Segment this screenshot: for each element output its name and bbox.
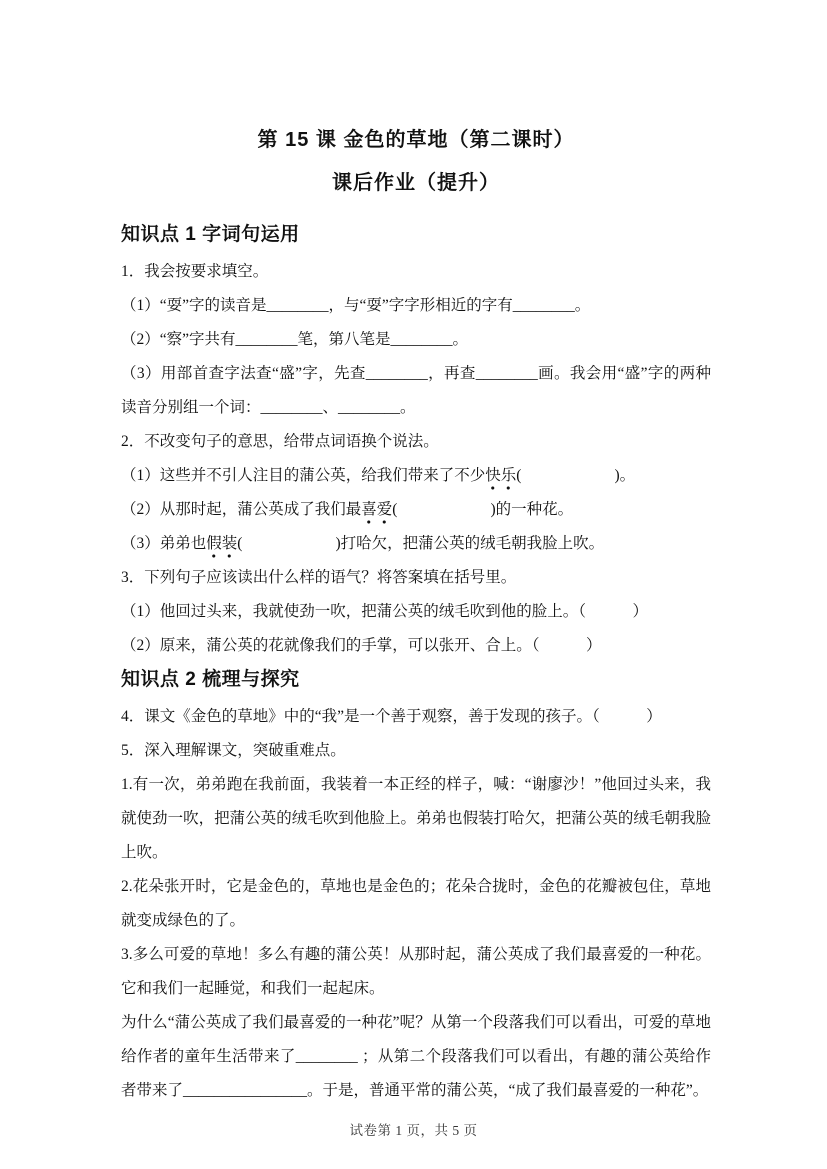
q2-item-3: （3）弟弟也假装( )打哈欠，把蒲公英的绒毛朝我脸上吹。 bbox=[121, 527, 711, 561]
q2-item-1: （1）这些并不引人注目的蒲公英，给我们带来了不少快乐( )。 bbox=[121, 459, 711, 493]
q5-paragraph-3: 3.多么可爱的草地！多么有趣的蒲公英！从那时起，蒲公英成了我们最喜爱的一种花。它… bbox=[121, 938, 711, 1006]
q2-item-1-pre: （1）这些并不引人注目的蒲公英，给我们带来了不少 bbox=[121, 467, 485, 484]
q3-item-2: （2）原来，蒲公英的花就像我们的手掌，可以张开、合上。（ ） bbox=[121, 629, 711, 663]
q5-stem: 5．深入理解课文，突破重难点。 bbox=[121, 734, 711, 768]
page-title: 第 15 课 金色的草地（第二课时） bbox=[121, 126, 711, 154]
q2-item-1-dotted-word: 快乐 bbox=[485, 467, 516, 490]
q1-item-2: （2）“察”字共有________笔，第八笔是________。 bbox=[121, 323, 711, 357]
q2-item-2: （2）从那时起，蒲公英成了我们最喜爱( )的一种花。 bbox=[121, 493, 711, 527]
page-footer: 试卷第 1 页，共 5 页 bbox=[0, 1119, 827, 1139]
q2-item-3-pre: （3）弟弟也 bbox=[121, 535, 206, 552]
q2-item-2-dotted-word: 喜爱 bbox=[361, 501, 392, 524]
q2-item-1-post: ( )。 bbox=[516, 467, 635, 484]
q2-item-3-post: ( )打哈欠，把蒲公英的绒毛朝我脸上吹。 bbox=[237, 535, 604, 552]
q1-item-1: （1）“耍”字的读音是________，与“耍”字字形相近的字有________… bbox=[121, 289, 711, 323]
section1-heading: 知识点 1 字词句运用 bbox=[121, 221, 711, 249]
title-block: 第 15 课 金色的草地（第二课时） 课后作业（提升） bbox=[121, 126, 711, 197]
worksheet-content: 第 15 课 金色的草地（第二课时） 课后作业（提升） 知识点 1 字词句运用 … bbox=[121, 0, 711, 1108]
q2-item-2-pre: （2）从那时起，蒲公英成了我们最 bbox=[121, 501, 361, 518]
q1-stem: 1．我会按要求填空。 bbox=[121, 255, 711, 289]
q2-stem: 2．不改变句子的意思，给带点词语换个说法。 bbox=[121, 425, 711, 459]
worksheet-page: 第 15 课 金色的草地（第二课时） 课后作业（提升） 知识点 1 字词句运用 … bbox=[0, 0, 827, 1169]
q4-stem: 4．课文《金色的草地》中的“我”是一个善于观察，善于发现的孩子。（ ） bbox=[121, 700, 711, 734]
q3-item-1: （1）他回过头来，我就使劲一吹，把蒲公英的绒毛吹到他的脸上。（ ） bbox=[121, 595, 711, 629]
page-subtitle: 课后作业（提升） bbox=[121, 169, 711, 197]
q2-item-3-dotted-word: 假装 bbox=[206, 535, 237, 558]
q1-item-3: （3）用部首查字法查“盛”字，先查________，再查________画。我会… bbox=[121, 357, 711, 425]
q3-stem: 3．下列句子应该读出什么样的语气？将答案填在括号里。 bbox=[121, 561, 711, 595]
q5-paragraph-4: 为什么“蒲公英成了我们最喜爱的一种花”呢？从第一个段落我们可以看出，可爱的草地给… bbox=[121, 1006, 711, 1108]
q5-paragraph-2: 2.花朵张开时，它是金色的，草地也是金色的；花朵合拢时，金色的花瓣被包住，草地就… bbox=[121, 870, 711, 938]
q2-item-2-post: ( )的一种花。 bbox=[392, 501, 573, 518]
section2-heading: 知识点 2 梳理与探究 bbox=[121, 666, 711, 694]
q5-paragraph-1: 1.有一次，弟弟跑在我前面，我装着一本正经的样子，喊：“谢廖沙！”他回过头来，我… bbox=[121, 768, 711, 870]
